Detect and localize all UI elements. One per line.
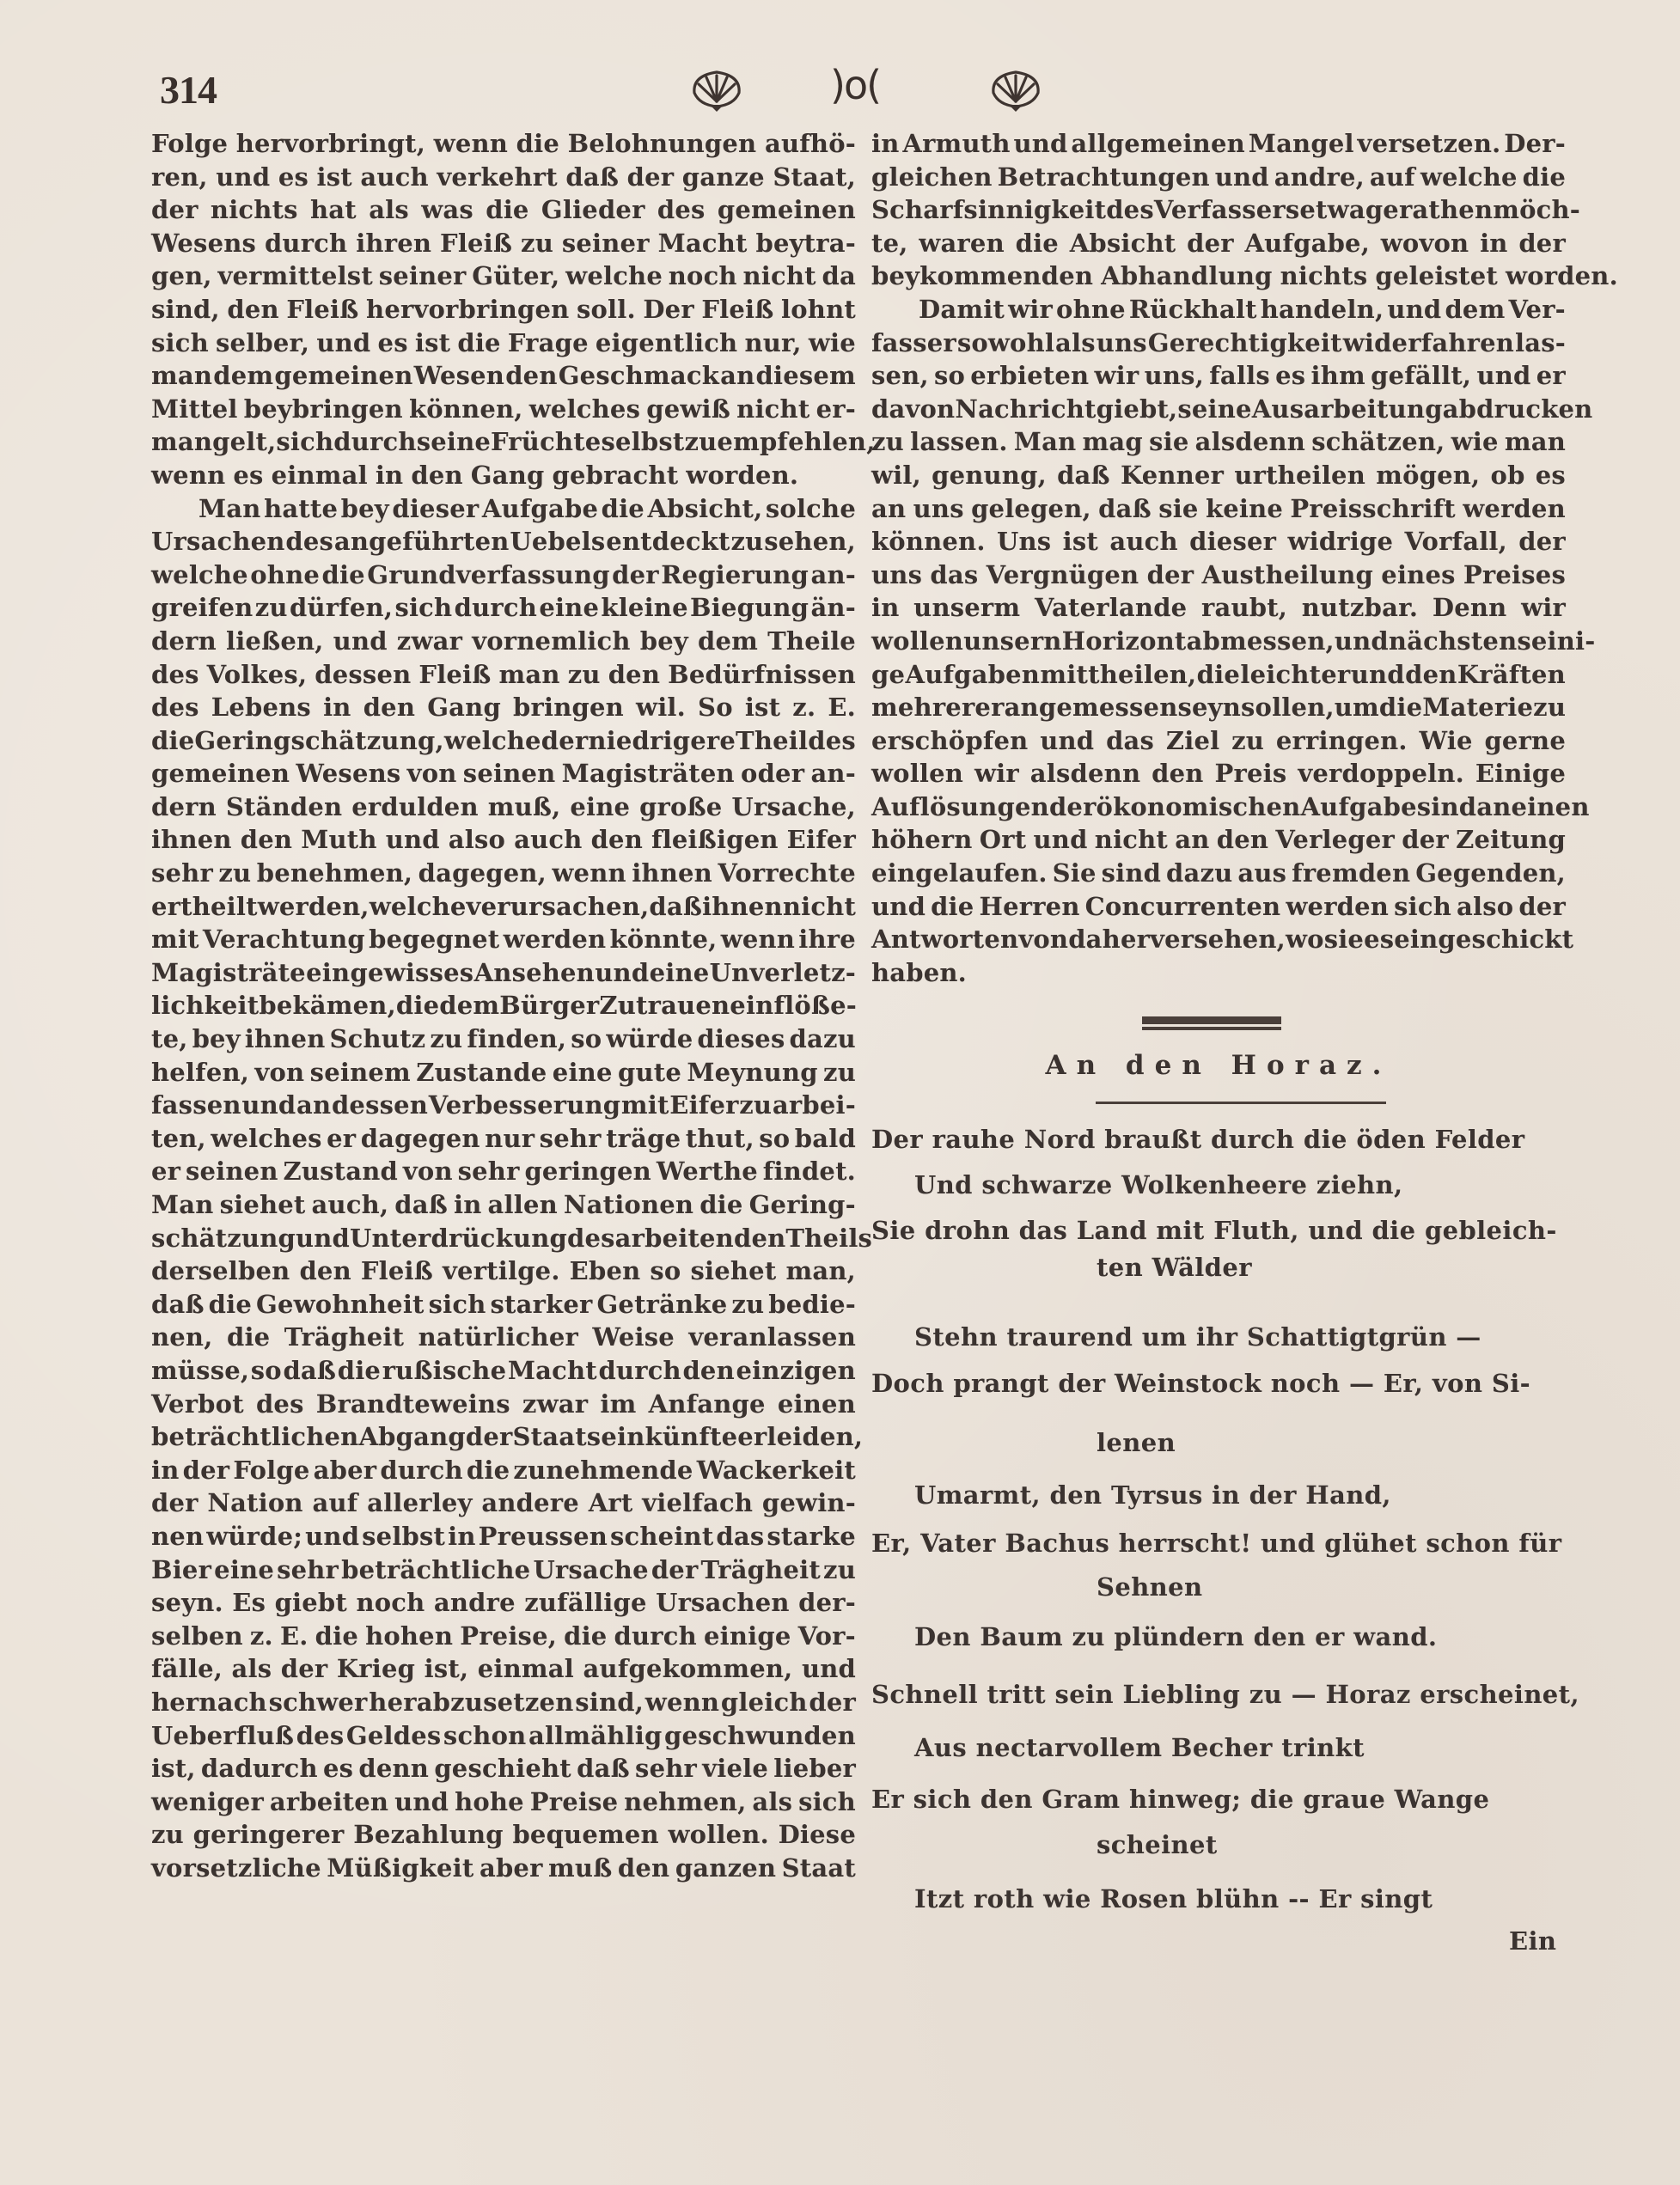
text-line: UrsachendesangeführtenUebelsentdecktzuse… bbox=[151, 525, 856, 558]
text-line: wollenwiralsdenndenPreisverdoppeln.Einig… bbox=[871, 757, 1566, 790]
title-underline bbox=[1096, 1102, 1386, 1104]
text-line: WesensdurchihrenFleißzuseinerMachtbeytra… bbox=[151, 227, 856, 260]
text-line: ten,welcheserdagegennursehrträgethut,sob… bbox=[151, 1122, 856, 1156]
text-line: gen,vermittelstseinerGüter,welchenochnic… bbox=[151, 259, 856, 293]
text-line: gemeinenWesensvonseinenMagisträtenoderan… bbox=[151, 757, 856, 790]
text-line: Antwortenvondaherversehen,wosieeseingesc… bbox=[871, 923, 1566, 956]
text-line: mangelt,sichdurchseineFrüchteselbstzuemp… bbox=[151, 425, 856, 459]
text-line: AuflösungenderökonomischenAufgabesindane… bbox=[871, 790, 1566, 824]
text-line: mandemgemeinenWesendenGeschmackandiesem bbox=[151, 359, 856, 393]
text-line: eingelaufen.SiesinddazuausfremdenGegende… bbox=[871, 857, 1566, 890]
right-text-column: inArmuthundallgemeinenMangelversetzen.De… bbox=[871, 127, 1566, 989]
poem-line: ten Wälder bbox=[1097, 1251, 1252, 1284]
text-line: gleichenBetrachtungenundandre,aufwelched… bbox=[871, 161, 1566, 194]
text-line: sind,denFleißhervorbringensoll.DerFleißl… bbox=[151, 293, 856, 327]
text-line: daßdieGewohnheitsichstarkerGetränkezubed… bbox=[151, 1288, 856, 1321]
text-line: seyn.EsgiebtnochandrezufälligeUrsachende… bbox=[151, 1586, 856, 1620]
text-line: erseinenZustandvonsehrgeringenWerthefind… bbox=[151, 1155, 856, 1188]
text-line: BiereinesehrbeträchtlicheUrsachederTrägh… bbox=[151, 1553, 856, 1587]
text-line: unsdasVergnügenderAustheilungeinesPreise… bbox=[871, 558, 1566, 592]
poem-line: Den Baum zu plündern den er wand. bbox=[914, 1620, 1437, 1653]
poem-line: Aus nectarvollem Becher trinkt bbox=[914, 1731, 1365, 1764]
poem-line: Er, Vater Bachus herrscht! und glühet sc… bbox=[871, 1527, 1561, 1559]
poem-line: Und schwarze Wolkenheere ziehn, bbox=[914, 1169, 1402, 1201]
text-line: te,warendieAbsichtderAufgabe,wovoninder bbox=[871, 227, 1566, 260]
poem-line: Sehnen bbox=[1097, 1571, 1203, 1603]
poem-line: lenen bbox=[1097, 1426, 1176, 1459]
poem-line: scheinet bbox=[1097, 1828, 1218, 1861]
shell-ornament-icon bbox=[687, 67, 746, 113]
text-line: Mansiehetauch,daßinallenNationendieGerin… bbox=[151, 1188, 856, 1222]
text-line: schätzungundUnterdrückungdesarbeitendenT… bbox=[151, 1222, 856, 1255]
shell-ornament-icon bbox=[987, 67, 1045, 113]
text-line: ManhattebeydieserAufgabedieAbsicht,solch… bbox=[151, 492, 856, 526]
text-line: fälle,alsderKriegist,einmalaufgekommen,u… bbox=[151, 1652, 856, 1686]
center-ornament: )o( bbox=[830, 62, 880, 108]
text-line: wenigerarbeitenundhohePreisenehmen,alssi… bbox=[151, 1785, 856, 1819]
divider-bar bbox=[1142, 1016, 1281, 1024]
text-line: anunsgelegen,daßsiekeinePreisschriftwerd… bbox=[871, 492, 1566, 526]
text-line: wil,genung,daßKennerurtheilenmögen,obes bbox=[871, 459, 1566, 492]
text-line: Mittelbeybringenkönnen,welchesgewißnicht… bbox=[151, 393, 856, 426]
text-line: können.UnsistauchdieserwidrigeVorfall,de… bbox=[871, 525, 1566, 558]
text-line: hernachschwerherabzusetzensind,wenngleic… bbox=[151, 1686, 856, 1719]
text-line: zulassen.Manmagsiealsdennschätzen,wieman bbox=[871, 425, 1566, 459]
text-line: UeberflußdesGeldesschonallmähliggeschwun… bbox=[151, 1719, 856, 1753]
section-divider bbox=[1142, 1016, 1281, 1031]
text-line: desVolkes,dessenFleißmanzudenBedürfnisse… bbox=[151, 658, 856, 692]
text-line: sichselber,undesistdieFrageeigentlichnur… bbox=[151, 327, 856, 360]
text-line: geAufgabenmittheilen,dieleichterunddenKr… bbox=[871, 658, 1566, 692]
text-line: desLebensindenGangbringenwil.Soistz.E. bbox=[151, 691, 856, 724]
text-line: ist,dadurchesdenngeschiehtdaßsehrvieleli… bbox=[151, 1752, 856, 1785]
text-line: fassersowohlalsunsGerechtigkeitwiderfahr… bbox=[871, 327, 1566, 360]
text-line: vorsetzlicheMüßigkeitabermußdenganzenSta… bbox=[151, 1852, 856, 1885]
text-line: zugeringererBezahlungbequemenwollen.Dies… bbox=[151, 1818, 856, 1852]
page-header: 314 )o( bbox=[0, 62, 1680, 122]
text-line: dieGeringschätzung,welchederniedrigereTh… bbox=[151, 724, 856, 758]
text-line: unddieHerrenConcurrentenwerdensichalsode… bbox=[871, 890, 1566, 924]
poem-line: Schnell tritt sein Liebling zu — Horaz e… bbox=[871, 1678, 1579, 1711]
text-line: ScharfsinnigkeitdesVerfassersetwagerathe… bbox=[871, 193, 1566, 227]
text-line: dernStändenerduldenmuß,einegroßeUrsache, bbox=[151, 790, 856, 824]
text-line: nenwürde;undselbstinPreussenscheintdasst… bbox=[151, 1520, 856, 1553]
text-line: lichkeitbekämen,diedemBürgerZutraueneinf… bbox=[151, 989, 856, 1022]
text-line: sen,soerbietenwiruns,fallsesihmgefällt,u… bbox=[871, 359, 1566, 393]
text-line: ihnendenMuthundalsoauchdenfleißigenEifer bbox=[151, 823, 856, 857]
text-line: sehrzubenehmen,dagegen,wennihnenVorrecht… bbox=[151, 857, 856, 890]
poem-title: An den Horaz. bbox=[871, 1050, 1566, 1081]
divider-bar bbox=[1142, 1027, 1281, 1030]
text-line: mehrererangemessenseynsollen,umdieMateri… bbox=[871, 691, 1566, 724]
text-line: inderFolgeaberdurchdiezunehmendeWackerke… bbox=[151, 1454, 856, 1487]
text-line: haben. bbox=[871, 956, 1566, 990]
poem-line: Umarmt, den Tyrsus in der Hand, bbox=[914, 1479, 1391, 1511]
poem-line: Sie drohn das Land mit Fluth, und die ge… bbox=[871, 1214, 1557, 1247]
poem-line: Ein bbox=[1509, 1925, 1556, 1957]
text-line: greifenzudürfen,sichdurcheinekleineBiegu… bbox=[151, 591, 856, 625]
text-line: beträchtlichenAbgangderStaatseinkünfteer… bbox=[151, 1420, 856, 1454]
text-line: DamitwirohneRückhalthandeln,unddemVer- bbox=[871, 293, 1566, 327]
text-line: müsse,sodaßdierußischeMachtdurchdeneinzi… bbox=[151, 1354, 856, 1388]
poem-line: Doch prangt der Weinstock noch — Er, von… bbox=[871, 1367, 1530, 1400]
text-line: ren,undesistauchverkehrtdaßderganzeStaat… bbox=[151, 161, 856, 194]
text-line: te,beyihnenSchutzzufinden,sowürdediesesd… bbox=[151, 1022, 856, 1056]
text-line: MagisträteeingewissesAnsehenundeineUnver… bbox=[151, 956, 856, 990]
text-line: Folgehervorbringt,wenndieBelohnungenaufh… bbox=[151, 127, 856, 161]
page-number: 314 bbox=[160, 67, 217, 113]
text-line: erschöpfenunddasZielzuerringen.Wiegerne bbox=[871, 724, 1566, 758]
text-line: höhernOrtundnichtandenVerlegerderZeitung bbox=[871, 823, 1566, 857]
text-line: fassenundandessenVerbesserungmitEiferzua… bbox=[151, 1089, 856, 1122]
text-line: dernließen,undzwarvornemlichbeydemTheile bbox=[151, 625, 856, 658]
text-line: nen,dieTrägheitnatürlicherWeiseveranlass… bbox=[151, 1321, 856, 1354]
text-line: derNationaufallerleyandereArtvielfachgew… bbox=[151, 1486, 856, 1520]
poem-line: Stehn traurend um ihr Schattigtgrün — bbox=[914, 1321, 1481, 1353]
text-line: inArmuthundallgemeinenMangelversetzen.De… bbox=[871, 127, 1566, 161]
text-line: ertheiltwerden,welcheverursachen,daßihne… bbox=[151, 890, 856, 924]
text-line: wenneseinmalindenGanggebrachtworden. bbox=[151, 459, 856, 492]
poem-line: Itzt roth wie Rosen blühn -- Er singt bbox=[914, 1883, 1433, 1915]
text-line: beykommendenAbhandlungnichtsgeleistetwor… bbox=[871, 259, 1566, 293]
poem-line: Er sich den Gram hinweg; die graue Wange bbox=[871, 1783, 1489, 1816]
text-line: inunsermVaterlanderaubt,nutzbar.Dennwir bbox=[871, 591, 1566, 625]
text-line: helfen,vonseinemZustandeeineguteMeynungz… bbox=[151, 1056, 856, 1089]
text-line: wollenunsernHorizontabmessen,undnächsten… bbox=[871, 625, 1566, 658]
poem-line: Der rauhe Nord braußt durch die öden Fel… bbox=[871, 1123, 1524, 1156]
text-line: welcheohnedieGrundverfassungderRegierung… bbox=[151, 558, 856, 592]
text-line: selbenz.E.diehohenPreise,diedurcheinigeV… bbox=[151, 1620, 856, 1653]
text-line: dernichtshatalswasdieGliederdesgemeinen bbox=[151, 193, 856, 227]
text-line: derselbendenFleißvertilge.Ebensosiehetma… bbox=[151, 1254, 856, 1288]
text-line: davonNachrichtgiebt,seineAusarbeitungabd… bbox=[871, 393, 1566, 426]
newspaper-page: 314 )o( Folgehervor bbox=[0, 0, 1680, 2185]
left-text-column: Folgehervorbringt,wenndieBelohnungenaufh… bbox=[151, 127, 856, 1884]
text-line: VerbotdesBrandteweinszwarimAnfangeeinen bbox=[151, 1388, 856, 1421]
text-line: mitVerachtungbegegnetwerdenkönnte,wennih… bbox=[151, 923, 856, 956]
